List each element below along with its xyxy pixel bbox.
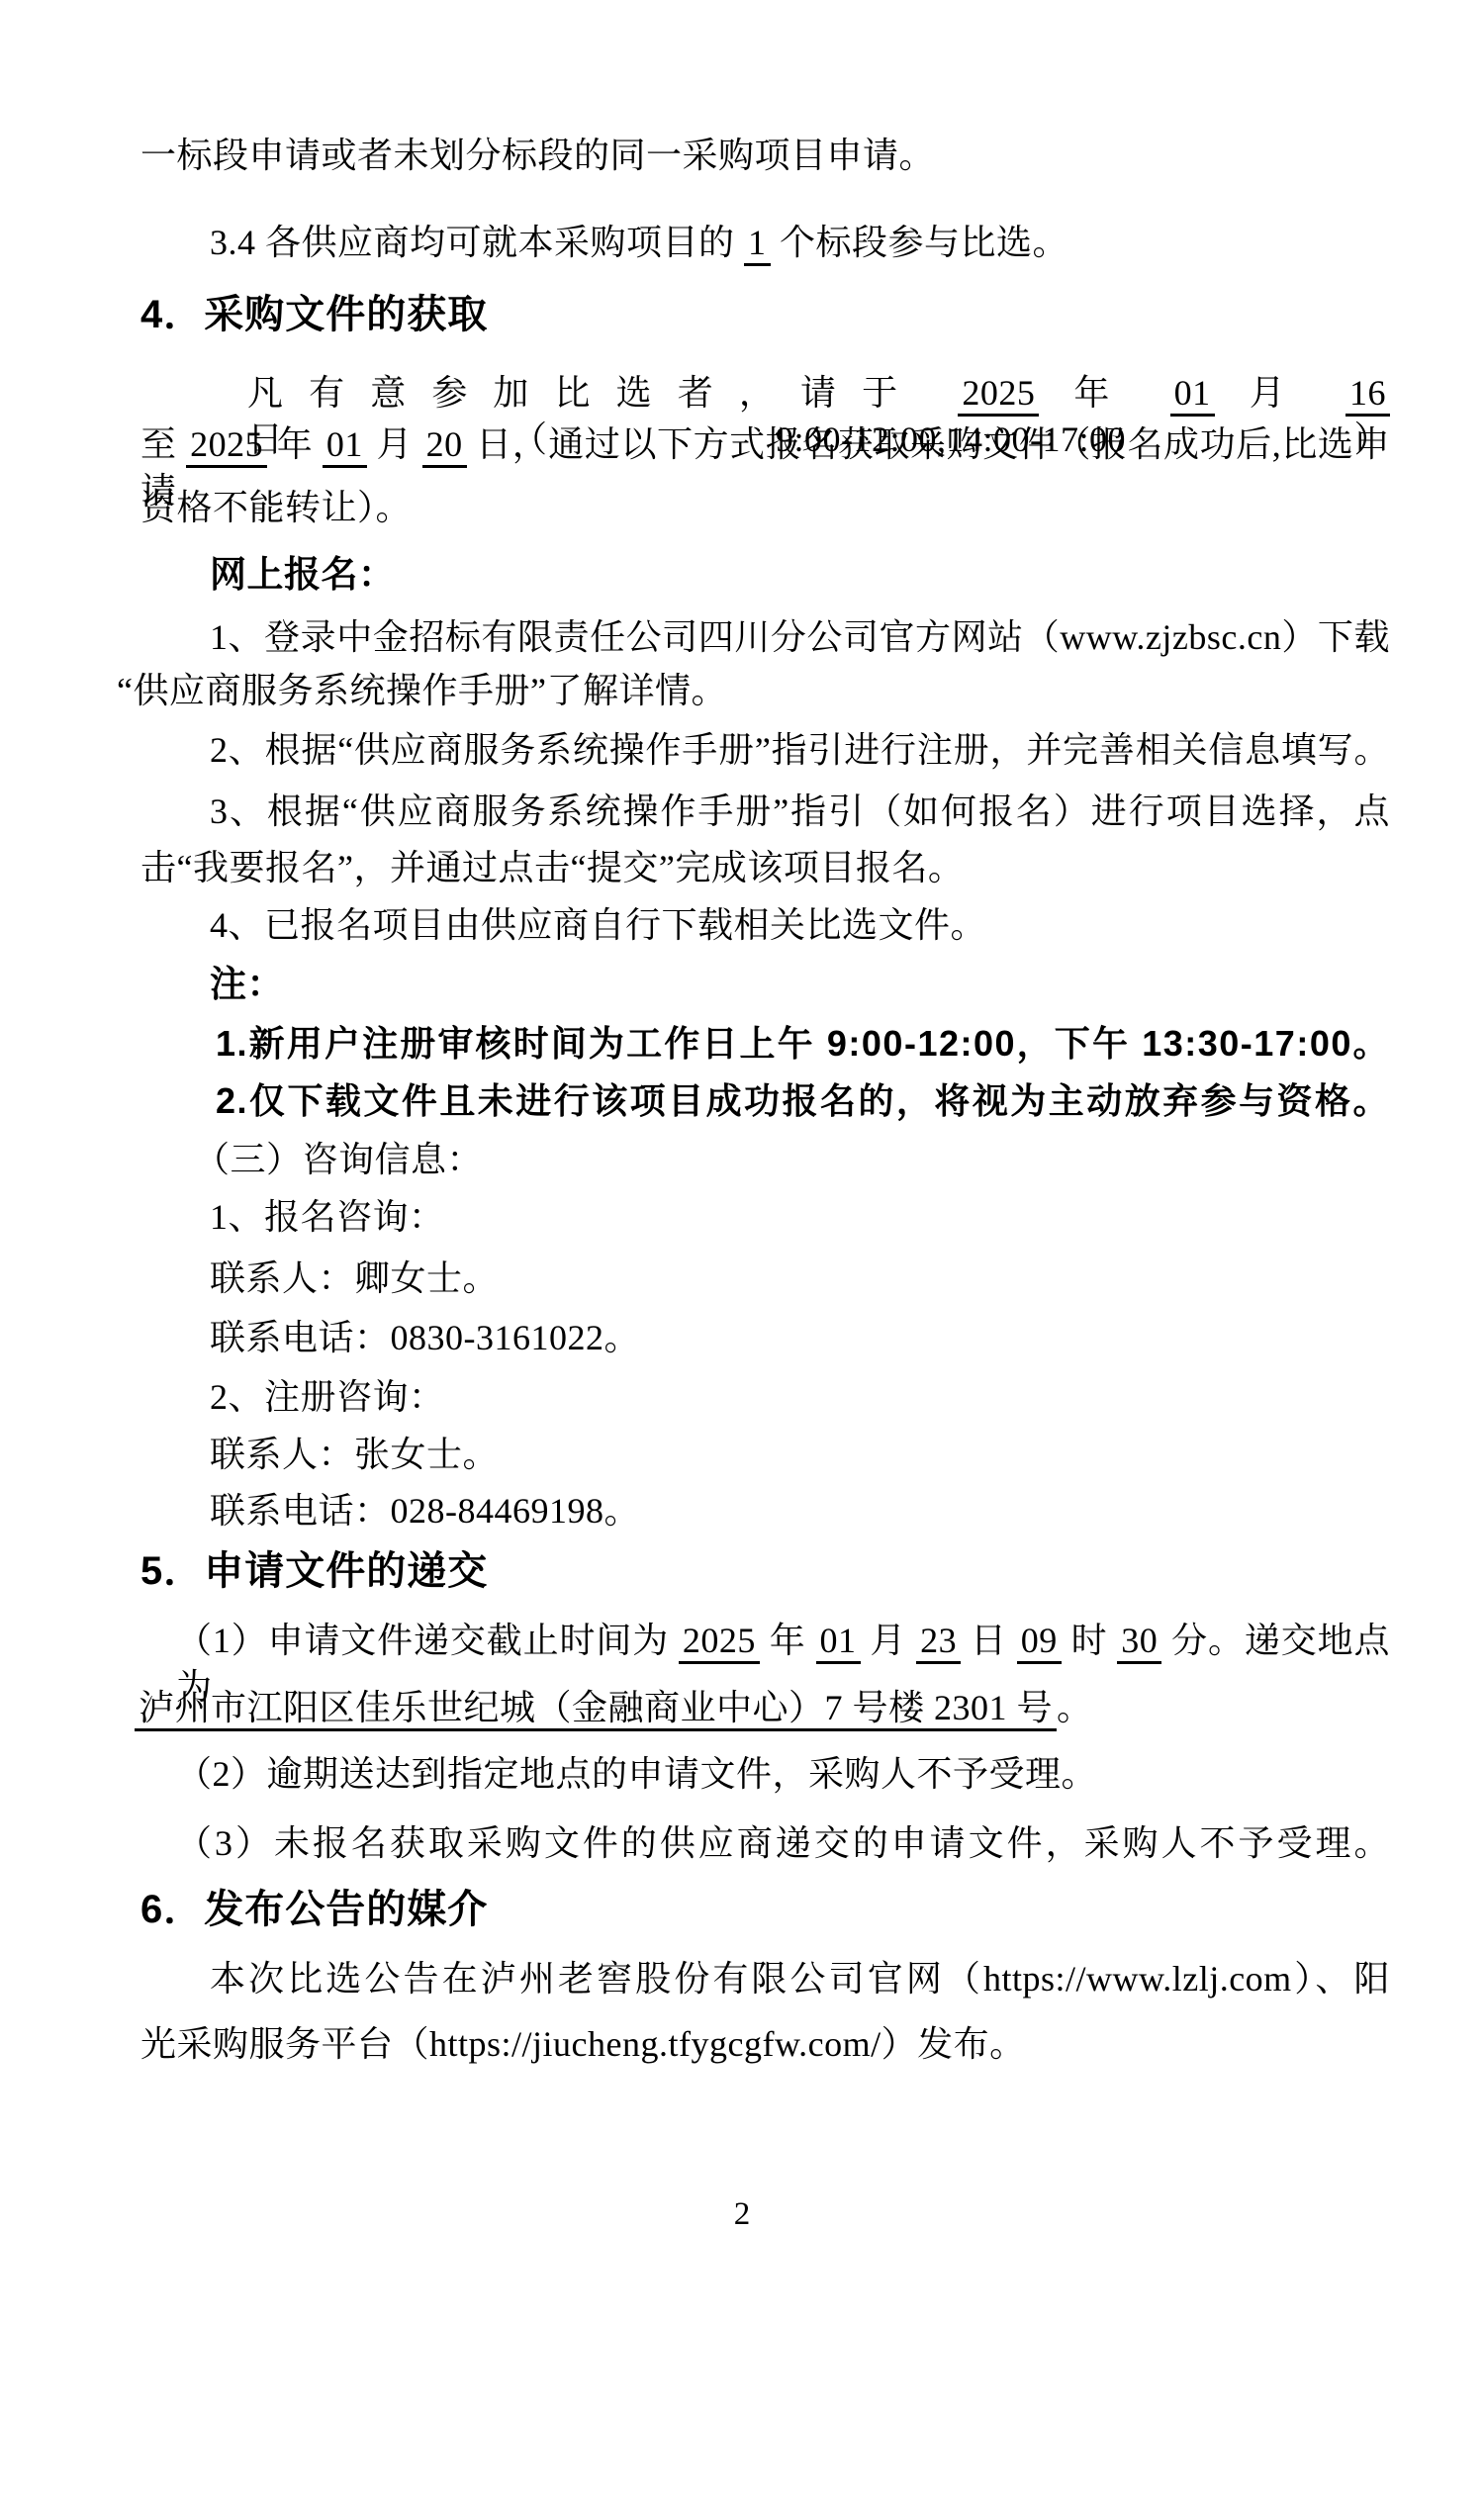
para-registration-period-line-3: 资格不能转让）。 [140, 485, 412, 530]
underlined-month: 01 [323, 424, 367, 468]
para-continuation-lot-application: 一标段申请或者未划分标段的同一采购项目申请。 [140, 133, 935, 178]
para-unregistered-rejected: （3）未报名获取采购文件的供应商递交的申请文件，采购人不予受理。 [176, 1820, 1390, 1866]
contact-phone-qing: 联系电话：0830-3161022。 [210, 1315, 640, 1360]
underlined-hour: 09 [1017, 1621, 1062, 1664]
underlined-year: 2025 [958, 373, 1039, 417]
contact-phone-zhang: 联系电话：028-84469198。 [210, 1488, 640, 1534]
underlined-month: 01 [1170, 373, 1215, 417]
text-segment: 日 [961, 1621, 1017, 1660]
underlined-day: 20 [422, 424, 467, 468]
text-segment: 凡有意参加比选者，请于 [247, 373, 958, 413]
underlined-lot-count: 1 [744, 223, 771, 266]
list-item-1-login-website: 1、登录中金招标有限责任公司四川分公司官方网站（www.zjzbsc.cn）下载 [210, 614, 1390, 660]
heading-section-5: 5．申请文件的递交 [140, 1547, 488, 1595]
underlined-minute: 30 [1117, 1621, 1161, 1664]
para-3-4-lot-participation: 3.4 各供应商均可就本采购项目的 1 个标段参与比选。 [210, 220, 1068, 266]
text-segment: 至 [140, 424, 186, 464]
label-consultation-info: （三）咨询信息： [194, 1137, 483, 1182]
text-segment: 3.4 各供应商均可就本采购项目的 [210, 223, 744, 262]
item-2-account-consult: 2、注册咨询： [210, 1374, 445, 1420]
label-online-registration: 网上报名： [210, 552, 396, 598]
text-segment: 年 [1039, 373, 1169, 413]
underlined-year: 2025 [186, 424, 267, 468]
underlined-address: 泸州市江阳区佳乐世纪城（金融商业中心）7 号楼 2301 号 [135, 1688, 1057, 1731]
underlined-day: 23 [916, 1621, 961, 1664]
text-segment: 月 [367, 424, 422, 464]
text-segment: 年 [267, 424, 323, 464]
list-item-4-download-files: 4、已报名项目由供应商自行下载相关比选文件。 [210, 902, 986, 948]
contact-person-zhang: 联系人：张女士。 [210, 1432, 499, 1477]
text-segment: 。 [1057, 1688, 1093, 1727]
note-2-forfeit-qualification: 2.仅下载文件且未进行该项目成功报名的，将视为主动放弃参与资格。 [216, 1078, 1390, 1124]
underlined-year: 2025 [679, 1621, 760, 1664]
list-item-3-select-project: 3、根据“供应商服务系统操作手册”指引（如何报名）进行项目选择，点 [210, 789, 1390, 834]
text-segment: 个标段参与比选。 [771, 223, 1069, 262]
underlined-month: 01 [816, 1621, 861, 1664]
para-manual-details: “供应商服务系统操作手册”了解详情。 [117, 668, 727, 713]
para-announcement-media-line-1: 本次比选公告在泸州老窖股份有限公司官网（https://www.lzlj.com… [210, 1956, 1390, 2001]
note-1-review-time: 1.新用户注册审核时间为工作日上午 9:00-12:00，下午 13:30-17… [216, 1021, 1390, 1067]
heading-section-6: 6．发布公告的媒介 [140, 1886, 488, 1933]
heading-section-4: 4．采购文件的获取 [140, 291, 488, 338]
para-overdue-rejected: （2）逾期送达到指定地点的申请文件，采购人不予受理。 [176, 1751, 1097, 1797]
page-number: 2 [0, 2196, 1484, 2233]
underlined-day: 16 [1345, 373, 1390, 417]
para-announcement-media-line-2: 光采购服务平台（https://jiucheng.tfygcgfw.com/）发… [140, 2021, 1026, 2067]
item-1-registration-consult: 1、报名咨询： [210, 1194, 445, 1240]
text-segment: 月 [1215, 373, 1345, 413]
label-note: 注： [210, 962, 284, 1007]
text-segment: 月 [861, 1621, 917, 1660]
document-page: 一标段申请或者未划分标段的同一采购项目申请。 3.4 各供应商均可就本采购项目的… [0, 0, 1484, 2510]
text-segment: 时 [1062, 1621, 1118, 1660]
list-item-2-register: 2、根据“供应商服务系统操作手册”指引进行注册，并完善相关信息填写。 [210, 727, 1390, 773]
para-submit-registration: 击“我要报名”，并通过点击“提交”完成该项目报名。 [140, 845, 964, 890]
contact-person-qing: 联系人：卿女士。 [210, 1255, 499, 1301]
para-submission-address: 泸州市江阳区佳乐世纪城（金融商业中心）7 号楼 2301 号。 [135, 1685, 1093, 1731]
text-segment: 年 [760, 1621, 816, 1660]
text-segment: （1）申请文件递交截止时间为 [176, 1621, 679, 1660]
